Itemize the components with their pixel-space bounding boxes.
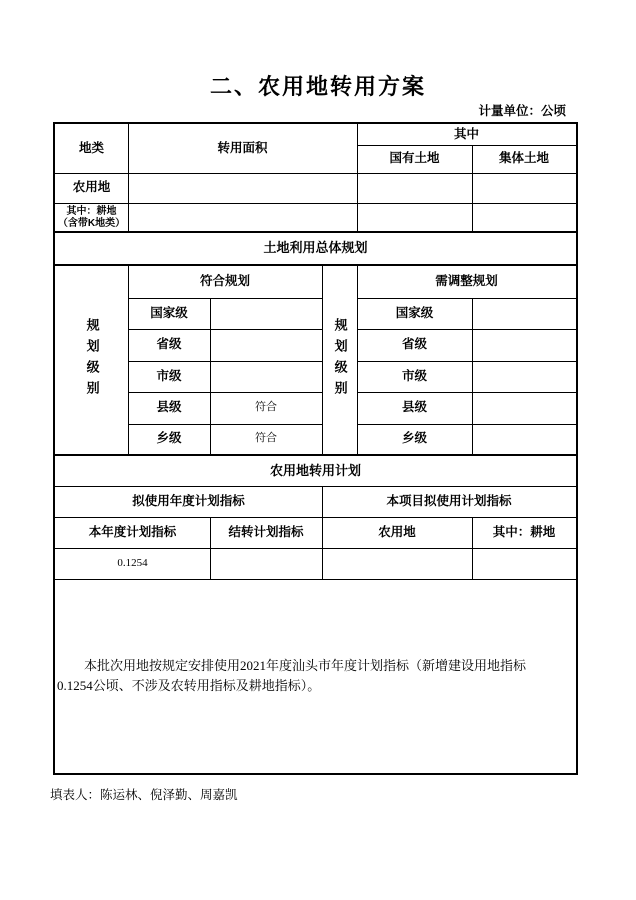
value-carryover-indicator xyxy=(210,548,322,579)
value-agricultural-land xyxy=(322,548,472,579)
section-title-conversion-plan: 农用地转用计划 xyxy=(55,456,576,486)
header-of-which: 其中 xyxy=(357,124,576,145)
conform-value-county: 符合 xyxy=(210,392,322,424)
document-page: 二、农用地转用方案 计量单位：公顷 地类 xyxy=(0,0,636,900)
col-header-cultivated-land: 其中：耕地 xyxy=(472,517,576,548)
adjust-label-provincial: 省级 xyxy=(357,329,472,361)
preparer-line: 填表人：陈运林、倪泽勤、周嘉凯 xyxy=(50,785,238,803)
header-conform-planning: 符合规划 xyxy=(128,266,322,298)
adjust-value-provincial xyxy=(472,329,576,361)
cultivated-label-line1: 其中：耕地 xyxy=(67,206,117,218)
adjust-value-county xyxy=(472,392,576,424)
header-adjust-planning: 需调整规划 xyxy=(357,266,576,298)
header-state-owned-land: 国有土地 xyxy=(357,145,472,173)
section-title-land-use-planning: 土地利用总体规划 xyxy=(55,233,576,264)
conform-label-township: 乡级 xyxy=(128,424,210,454)
conform-label-municipal: 市级 xyxy=(128,361,210,392)
adjust-label-municipal: 市级 xyxy=(357,361,472,392)
value-current-year-indicator: 0.1254 xyxy=(55,548,210,579)
col-header-current-year-indicator: 本年度计划指标 xyxy=(55,517,210,548)
adjust-value-township xyxy=(472,424,576,454)
value-cultivated-land xyxy=(472,548,576,579)
adjust-label-county: 县级 xyxy=(357,392,472,424)
header-annual-plan-indicators: 拟使用年度计划指标 xyxy=(55,487,322,517)
page-title: 二、农用地转用方案 xyxy=(0,70,636,101)
adjust-value-national xyxy=(472,298,576,329)
conform-label-national: 国家级 xyxy=(128,298,210,329)
cultivated-label-line2: （含带K地类） xyxy=(58,218,125,230)
col-header-agricultural-land: 农用地 xyxy=(322,517,472,548)
planning-level-axis-middle: 规划级别 xyxy=(322,266,357,454)
col-header-carryover-indicator: 结转计划指标 xyxy=(210,517,322,548)
cell-agricultural-conversion-area xyxy=(128,173,357,203)
planning-level-axis-left: 规划级别 xyxy=(55,266,128,454)
row-cultivated-land-label: 其中：耕地 （含带K地类） xyxy=(55,203,128,232)
cell-cultivated-state-owned xyxy=(357,203,472,232)
cell-agricultural-state-owned xyxy=(357,173,472,203)
conform-label-county: 县级 xyxy=(128,392,210,424)
header-project-plan-indicators: 本项目拟使用计划指标 xyxy=(322,487,576,517)
header-collective-land: 集体土地 xyxy=(472,145,576,173)
conform-value-township: 符合 xyxy=(210,424,322,454)
conform-label-provincial: 省级 xyxy=(128,329,210,361)
conform-value-national xyxy=(210,298,322,329)
adjust-label-township: 乡级 xyxy=(357,424,472,454)
row-agricultural-land-label: 农用地 xyxy=(55,173,128,203)
header-conversion-area: 转用面积 xyxy=(128,124,357,173)
adjust-label-national: 国家级 xyxy=(357,298,472,329)
header-land-type: 地类 xyxy=(55,124,128,173)
cell-cultivated-conversion-area xyxy=(128,203,357,232)
conform-value-provincial xyxy=(210,329,322,361)
note-text: 本批次用地按规定安排使用2021年度汕头市年度计划指标（新增建设用地指标0.12… xyxy=(57,656,549,696)
note-cell: 本批次用地按规定安排使用2021年度汕头市年度计划指标（新增建设用地指标0.12… xyxy=(55,579,576,773)
conform-value-municipal xyxy=(210,361,322,392)
main-table: 地类 转用面积 其中 国有土地 集体土地 农用地 其中：耕地 （含带K地类） 土… xyxy=(53,122,578,775)
adjust-value-municipal xyxy=(472,361,576,392)
cell-agricultural-collective xyxy=(472,173,576,203)
cell-cultivated-collective xyxy=(472,203,576,232)
unit-note: 计量单位：公顷 xyxy=(0,101,566,119)
